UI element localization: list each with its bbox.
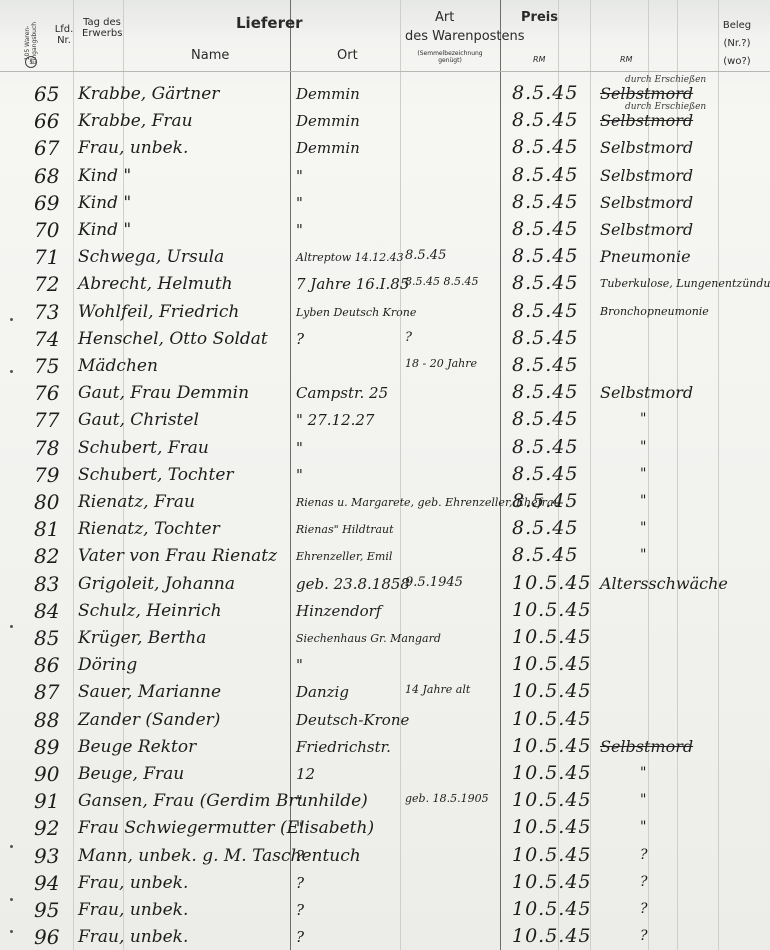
receipt-note: " [640, 520, 646, 536]
row-number: 67 [34, 136, 59, 160]
goods-type: ? [405, 330, 412, 345]
supplier-name: Schubert, Tochter [78, 465, 234, 485]
margin-mark [10, 845, 13, 848]
row-number: 69 [34, 191, 59, 215]
receipt-note: " [640, 439, 646, 455]
header-rule [0, 71, 770, 72]
supplier-place: Hinzendorf [296, 602, 381, 620]
table-row: 73Wohlfeil, FriedrichLyben Deutsch Krone… [0, 300, 770, 327]
table-row: 83Grigoleit, Johannageb. 23.8.18589.5.19… [0, 572, 770, 599]
header-ort: Ort [337, 48, 358, 63]
price-date: 8.5.45 [512, 272, 578, 294]
row-number: 96 [34, 925, 59, 949]
row-number: 83 [34, 572, 59, 596]
supplier-place: Altreptow 14.12.43 [296, 251, 404, 264]
supplier-place: Lyben Deutsch Krone [296, 306, 416, 319]
supplier-name: Kind " [78, 193, 131, 213]
table-row: 72Abrecht, Helmuth7 Jahre 16.I.858.5.45 … [0, 272, 770, 299]
row-annotation: durch Erschießen [625, 75, 706, 85]
supplier-place: " [296, 656, 303, 674]
header-lfd-nr: Lfd. Nr. [52, 24, 76, 46]
price-date: 10.5.45 [512, 572, 592, 594]
receipt-note: ? [640, 928, 648, 944]
supplier-place: Demmin [296, 139, 360, 157]
supplier-place: geb. 23.8.1858 [296, 575, 410, 593]
supplier-name: Mann, unbek. g. M. Taschentuch [78, 846, 361, 866]
price-date: 10.5.45 [512, 680, 592, 702]
table-row: 67Frau, unbek.Demmin8.5.45Selbstmord [0, 136, 770, 163]
price-date: 10.5.45 [512, 898, 592, 920]
price-date: 8.5.45 [512, 381, 578, 403]
supplier-name: Krabbe, Gärtner [78, 84, 219, 104]
price-date: 8.5.45 [512, 408, 578, 430]
supplier-place: ? [296, 874, 304, 892]
row-number: 95 [34, 898, 59, 922]
supplier-name: Zander (Sander) [78, 710, 220, 730]
price-date: 8.5.45 [512, 300, 578, 322]
price-date: 8.5.45 [512, 490, 578, 512]
row-number: 76 [34, 381, 59, 405]
row-number: 93 [34, 844, 59, 868]
table-row: 76Gaut, Frau DemminCampstr. 258.5.45Selb… [0, 381, 770, 408]
receipt-note: ? [640, 847, 648, 863]
header-rm-1: RM [533, 55, 545, 64]
table-row: 93Mann, unbek. g. M. Taschentuch?10.5.45… [0, 844, 770, 871]
table-row: 90Beuge, Frau1210.5.45" [0, 762, 770, 789]
receipt-note: Bronchopneumonie [600, 305, 709, 318]
price-date: 10.5.45 [512, 871, 592, 893]
supplier-place: Rienas" Hildtraut [296, 523, 394, 536]
receipt-note: " [640, 493, 646, 509]
header-beleg: Beleg [722, 20, 752, 31]
price-date: 10.5.45 [512, 816, 592, 838]
table-row: 82Vater von Frau RienatzEhrenzeller, Emi… [0, 544, 770, 571]
supplier-name: Vater von Frau Rienatz [78, 546, 277, 566]
row-number: 81 [34, 517, 59, 541]
header-art: Art [435, 10, 454, 25]
supplier-place: Deutsch-Krone [296, 711, 409, 729]
price-date: 8.5.45 [512, 544, 578, 566]
goods-type: geb. 18.5.1905 [405, 792, 489, 805]
supplier-name: Beuge, Frau [78, 764, 184, 784]
price-date: 8.5.45 [512, 136, 578, 158]
supplier-name: Krüger, Bertha [78, 628, 206, 648]
supplier-name: Gaut, Christel [78, 410, 199, 430]
price-date: 10.5.45 [512, 653, 592, 675]
price-date: 10.5.45 [512, 789, 592, 811]
header-beleg-wo: (wo?) [722, 56, 752, 67]
row-number: 90 [34, 762, 59, 786]
receipt-note: " [640, 547, 646, 563]
row-number: 85 [34, 626, 59, 650]
header-art-note: (Semmelbezeichnung genügt) [405, 50, 495, 64]
table-row: 74Henschel, Otto Soldat??8.5.45 [0, 327, 770, 354]
receipt-note: " [640, 765, 646, 781]
supplier-name: Sauer, Marianne [78, 682, 221, 702]
supplier-name: Frau, unbek. [78, 138, 188, 158]
row-number: 68 [34, 164, 59, 188]
receipt-note: Selbstmord [600, 220, 693, 239]
supplier-place: Ehrenzeller, Emil [296, 550, 392, 563]
price-date: 10.5.45 [512, 626, 592, 648]
supplier-place: 7 Jahre 16.I.85 [296, 275, 409, 293]
supplier-name: Kind " [78, 220, 131, 240]
supplier-name: Frau, unbek. [78, 873, 188, 893]
price-date: 8.5.45 [512, 327, 578, 349]
supplier-name: Abrecht, Helmuth [78, 274, 233, 294]
supplier-name: Schwega, Ursula [78, 247, 224, 267]
margin-mark [10, 625, 13, 628]
receipt-note: Selbstmord [600, 166, 693, 185]
header-rm-2: RM [620, 55, 632, 64]
receipt-note: ? [640, 874, 648, 890]
supplier-name: Grigoleit, Johanna [78, 574, 235, 594]
supplier-place: ? [296, 847, 304, 865]
supplier-name: Krabbe, Frau [78, 111, 193, 131]
table-row: 88Zander (Sander)Deutsch-Krone10.5.45 [0, 708, 770, 735]
goods-type: 8.5.45 8.5.45 [405, 275, 478, 288]
table-row: 86Döring"10.5.45 [0, 653, 770, 680]
row-annotation: durch Erschießen [625, 102, 706, 112]
receipt-note: Selbstmord [600, 138, 693, 157]
row-number: 86 [34, 653, 59, 677]
receipt-note: Tuberkulose, Lungenentzündung [600, 277, 770, 290]
supplier-place: " [296, 439, 303, 457]
row-number: 79 [34, 463, 59, 487]
table-row: 91Gansen, Frau (Gerdim Brunhilde)"geb. 1… [0, 789, 770, 816]
row-number: 94 [34, 871, 59, 895]
supplier-place: " [296, 819, 303, 837]
row-number: 88 [34, 708, 59, 732]
supplier-place: " [296, 194, 303, 212]
row-number: 84 [34, 599, 59, 623]
row-number: 87 [34, 680, 59, 704]
supplier-place: ? [296, 928, 304, 946]
receipt-note: Selbstmord [600, 383, 693, 402]
supplier-name: Döring [78, 655, 137, 675]
price-date: 10.5.45 [512, 599, 592, 621]
supplier-place: " [296, 466, 303, 484]
ledger-page: 105 Waren-Eingangsbuch § Lfd. Nr. Tag de… [0, 0, 770, 950]
receipt-note: " [640, 792, 646, 808]
table-row: 85Krüger, BerthaSiechenhaus Gr. Mangard1… [0, 626, 770, 653]
price-date: 8.5.45 [512, 109, 578, 131]
supplier-name: Rienatz, Frau [78, 492, 195, 512]
supplier-name: Frau Schwiegermutter (Elisabeth) [78, 818, 374, 838]
row-number: 71 [34, 245, 59, 269]
price-date: 10.5.45 [512, 762, 592, 784]
supplier-place: Friedrichstr. [296, 738, 391, 756]
price-date: 8.5.45 [512, 517, 578, 539]
row-number: 75 [34, 354, 59, 378]
row-number: 72 [34, 272, 59, 296]
supplier-place: " [296, 221, 303, 239]
header-tag-des-erwerbs: Tag des Erwerbs [82, 17, 122, 39]
margin-mark [10, 318, 13, 321]
row-number: 89 [34, 735, 59, 759]
price-date: 8.5.45 [512, 354, 578, 376]
price-date: 8.5.45 [512, 218, 578, 240]
table-row: 78Schubert, Frau"8.5.45" [0, 436, 770, 463]
header-preis: Preis [521, 10, 558, 25]
supplier-place: " 27.12.27 [296, 411, 374, 429]
receipt-note: " [640, 411, 646, 427]
supplier-name: Schulz, Heinrich [78, 601, 222, 621]
supplier-name: Gaut, Frau Demmin [78, 383, 249, 403]
table-row: 77Gaut, Christel" 27.12.278.5.45" [0, 408, 770, 435]
table-row: 81Rienatz, TochterRienas" Hildtraut8.5.4… [0, 517, 770, 544]
supplier-place: Demmin [296, 112, 360, 130]
header-beleg-nr: (Nr.?) [722, 38, 752, 49]
margin-mark [10, 898, 13, 901]
price-date: 10.5.45 [512, 735, 592, 757]
supplier-place: " [296, 167, 303, 185]
receipt-note: Selbstmord [600, 111, 693, 130]
supplier-place: Siechenhaus Gr. Mangard [296, 632, 441, 645]
margin-mark [10, 370, 13, 373]
supplier-name: Wohlfeil, Friedrich [78, 302, 239, 322]
price-date: 8.5.45 [512, 82, 578, 104]
row-number: 77 [34, 408, 59, 432]
supplier-name: Henschel, Otto Soldat [78, 329, 268, 349]
row-number: 91 [34, 789, 59, 813]
row-number: 70 [34, 218, 59, 242]
margin-mark [10, 930, 13, 933]
table-row: 68Kind ""8.5.45Selbstmord [0, 164, 770, 191]
receipt-note: Altersschwäche [600, 574, 728, 593]
receipt-note: Selbstmord [600, 84, 693, 103]
row-number: 92 [34, 816, 59, 840]
table-row: 84Schulz, HeinrichHinzendorf10.5.45 [0, 599, 770, 626]
row-number: 65 [34, 82, 59, 106]
row-number: 66 [34, 109, 59, 133]
table-row: 87Sauer, MarianneDanzig14 Jahre alt10.5.… [0, 680, 770, 707]
table-row: 70Kind ""8.5.45Selbstmord [0, 218, 770, 245]
table-row: 89Beuge RektorFriedrichstr.10.5.45Selbst… [0, 735, 770, 762]
table-row: 80Rienatz, FrauRienas u. Margarete, geb.… [0, 490, 770, 517]
table-row: 79Schubert, Tochter"8.5.45" [0, 463, 770, 490]
row-number: 73 [34, 300, 59, 324]
table-row: 96Frau, unbek.?10.5.45? [0, 925, 770, 950]
price-date: 8.5.45 [512, 245, 578, 267]
table-row: 66Krabbe, FrauDemmin8.5.45Selbstmorddurc… [0, 109, 770, 136]
receipt-note: " [640, 466, 646, 482]
table-row: 95Frau, unbek.?10.5.45? [0, 898, 770, 925]
supplier-name: Kind " [78, 166, 131, 186]
supplier-place: ? [296, 901, 304, 919]
row-number: 78 [34, 436, 59, 460]
goods-type: 9.5.1945 [405, 575, 463, 590]
supplier-name: Frau, unbek. [78, 927, 188, 947]
row-number: 82 [34, 544, 59, 568]
header-des-warenpostens: des Warenpostens [405, 29, 525, 44]
price-date: 8.5.45 [512, 191, 578, 213]
table-row: 94Frau, unbek.?10.5.45? [0, 871, 770, 898]
supplier-name: Frau, unbek. [78, 900, 188, 920]
supplier-place: " [296, 792, 303, 810]
table-row: 69Kind ""8.5.45Selbstmord [0, 191, 770, 218]
price-date: 8.5.45 [512, 436, 578, 458]
supplier-place: 12 [296, 765, 315, 783]
price-date: 10.5.45 [512, 708, 592, 730]
receipt-note: Selbstmord [600, 193, 693, 212]
price-date: 8.5.45 [512, 164, 578, 186]
row-number: 80 [34, 490, 59, 514]
receipt-note: Selbstmord [600, 737, 693, 756]
receipt-note: Pneumonie [600, 247, 691, 266]
price-date: 8.5.45 [512, 463, 578, 485]
supplier-name: Schubert, Frau [78, 438, 209, 458]
table-row: 71Schwega, UrsulaAltreptow 14.12.438.5.4… [0, 245, 770, 272]
goods-type: 14 Jahre alt [405, 683, 470, 696]
price-date: 10.5.45 [512, 844, 592, 866]
row-number: 74 [34, 327, 59, 351]
supplier-place: Campstr. 25 [296, 384, 388, 402]
supplier-name: Mädchen [78, 356, 158, 376]
supplier-name: Rienatz, Tochter [78, 519, 220, 539]
goods-type: 18 - 20 Jahre [405, 357, 477, 370]
publisher-logo-icon: § [25, 56, 37, 68]
receipt-note: ? [640, 901, 648, 917]
receipt-note: " [640, 819, 646, 835]
supplier-name: Gansen, Frau (Gerdim Brunhilde) [78, 791, 368, 811]
supplier-place: ? [296, 330, 304, 348]
price-date: 10.5.45 [512, 925, 592, 947]
header-lieferer: Lieferer [236, 14, 303, 32]
supplier-place: Danzig [296, 683, 349, 701]
supplier-place: Demmin [296, 85, 360, 103]
table-row: 92Frau Schwiegermutter (Elisabeth)"10.5.… [0, 816, 770, 843]
table-row: 75Mädchen18 - 20 Jahre8.5.45 [0, 354, 770, 381]
header-name: Name [191, 48, 229, 63]
supplier-name: Beuge Rektor [78, 737, 196, 757]
goods-type: 8.5.45 [405, 248, 446, 263]
